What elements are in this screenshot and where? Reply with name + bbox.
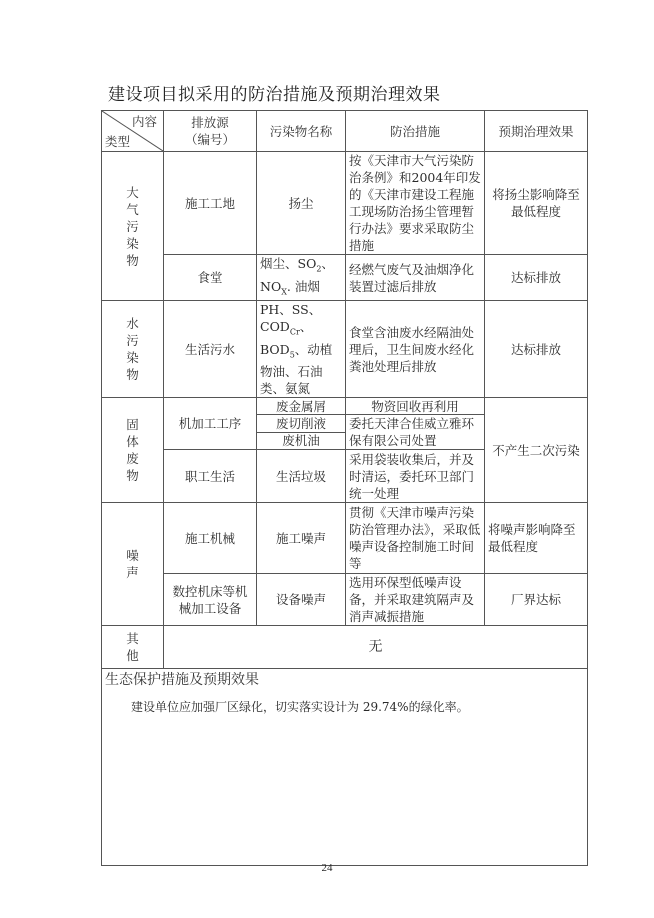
header-measure: 防治措施: [346, 111, 485, 152]
table-row: 食堂 烟尘、SO2、 NOX. 油烟 经燃气废气及油烟净化装置过滤后排放 达标排…: [102, 255, 588, 301]
header-row: 内容 类型 排放源（编号） 污染物名称 防治措施 预期治理效果: [102, 111, 588, 152]
table-row: 噪声 施工机械 施工噪声 贯彻《天津市噪声污染防治管理办法》，采取低噪声设备控制…: [102, 503, 588, 574]
category-noise-label: 噪声: [126, 547, 139, 581]
pollutant-cell: 施工噪声: [257, 503, 346, 574]
table-row: 水污染物 生活污水 PH、SS、CODCr、BOD5、动植物油、石油类、氨氮 食…: [102, 301, 588, 398]
pollutant-cell: 设备噪声: [257, 574, 346, 626]
eco-cell: 生态保护措施及预期效果 建设单位应加强厂区绿化，切实落实设计为 29.74%的绿…: [102, 669, 588, 866]
measures-table: 内容 类型 排放源（编号） 污染物名称 防治措施 预期治理效果 大气污染物 施工…: [101, 110, 588, 866]
measure-cell: 贯彻《天津市噪声污染防治管理办法》，采取低噪声设备控制施工时间等: [346, 503, 485, 574]
header-pollutant: 污染物名称: [257, 111, 346, 152]
pollutant-cell: 扬尘: [257, 152, 346, 255]
pollutant-cell: PH、SS、CODCr、BOD5、动植物油、石油类、氨氮: [257, 301, 346, 398]
table-row: 数控机床等机械加工设备 设备噪声 选用环保型低噪声设备，并采取建筑隔声及消声减振…: [102, 574, 588, 626]
pollutant-cell: 废机油: [257, 432, 346, 450]
source-cell: 施工工地: [164, 152, 257, 255]
measure-cell: 采用袋装收集后，并及时清运，委托环卫部门统一处理: [346, 450, 485, 503]
header-source: 排放源（编号）: [164, 111, 257, 152]
category-air: 大气污染物: [102, 152, 164, 301]
category-water-label: 水污染物: [126, 315, 139, 383]
pollutant-cell: 烟尘、SO2、 NOX. 油烟: [257, 255, 346, 301]
category-solid: 固体废物: [102, 398, 164, 503]
category-other: 其他: [102, 626, 164, 669]
measure-cell: 物资回收再利用: [346, 398, 485, 415]
eco-title: 生态保护措施及预期效果: [105, 672, 584, 689]
effect-cell: 达标排放: [485, 255, 588, 301]
pollutant-cell: 废金属屑: [257, 398, 346, 415]
other-value: 无: [164, 626, 588, 669]
source-cell: 数控机床等机械加工设备: [164, 574, 257, 626]
eco-text: 建设单位应加强厂区绿化，切实落实设计为 29.74%的绿化率。: [131, 699, 584, 716]
effect-cell: 将扬尘影响降至最低程度: [485, 152, 588, 255]
measure-cell: 经燃气废气及油烟净化装置过滤后排放: [346, 255, 485, 301]
source-cell: 食堂: [164, 255, 257, 301]
measure-cell: 按《天津市大气污染防治条例》和2004年印发的《天津市建设工程施工现场防治扬尘管…: [346, 152, 485, 255]
category-water: 水污染物: [102, 301, 164, 398]
pollutant-text: 、: [321, 256, 334, 271]
table-row: 固体废物 机加工工序 废金属屑 物资回收再利用 不产生二次污染: [102, 398, 588, 415]
source-cell: 机加工工序: [164, 398, 257, 450]
pollutant-cell: 废切削液: [257, 415, 346, 433]
table-row: 大气污染物 施工工地 扬尘 按《天津市大气污染防治条例》和2004年印发的《天津…: [102, 152, 588, 255]
effect-cell: 将噪声影响降至最低程度: [485, 503, 588, 574]
category-other-label: 其他: [126, 630, 139, 664]
pollutant-text: NO: [260, 279, 281, 294]
source-cell: 生活污水: [164, 301, 257, 398]
pollutant-cell: 生活垃圾: [257, 450, 346, 503]
table-row: 其他 无: [102, 626, 588, 669]
measure-cell: 委托天津合佳威立雅环保有限公司处置: [346, 415, 485, 450]
source-cell: 职工生活: [164, 450, 257, 503]
effect-cell: 不产生二次污染: [485, 398, 588, 503]
measure-cell: 食堂含油废水经隔油处理后，卫生间废水经化粪池处理后排放: [346, 301, 485, 398]
effect-cell: 达标排放: [485, 301, 588, 398]
measure-cell: 选用环保型低噪声设备，并采取建筑隔声及消声减振措施: [346, 574, 485, 626]
category-noise: 噪声: [102, 503, 164, 626]
corner-header-cell: 内容 类型: [102, 111, 164, 152]
category-air-label: 大气污染物: [126, 184, 139, 269]
category-solid-label: 固体废物: [126, 416, 139, 484]
effect-cell: 厂界达标: [485, 574, 588, 626]
corner-top-label: 内容: [132, 113, 157, 130]
header-source-label: 排放源: [167, 114, 253, 131]
pollutant-text: . 油烟: [287, 279, 320, 294]
header-effect: 预期治理效果: [485, 111, 588, 152]
corner-bottom-label: 类型: [105, 133, 130, 150]
page-number: 24: [0, 862, 654, 874]
source-cell: 施工机械: [164, 503, 257, 574]
eco-row: 生态保护措施及预期效果 建设单位应加强厂区绿化，切实落实设计为 29.74%的绿…: [102, 669, 588, 866]
document-title: 建设项目拟采用的防治措施及预期治理效果: [108, 80, 441, 105]
subscript: Cr: [290, 328, 300, 337]
pollutant-text: 烟尘、SO: [260, 256, 316, 271]
header-source-sub: （编号）: [167, 131, 253, 148]
